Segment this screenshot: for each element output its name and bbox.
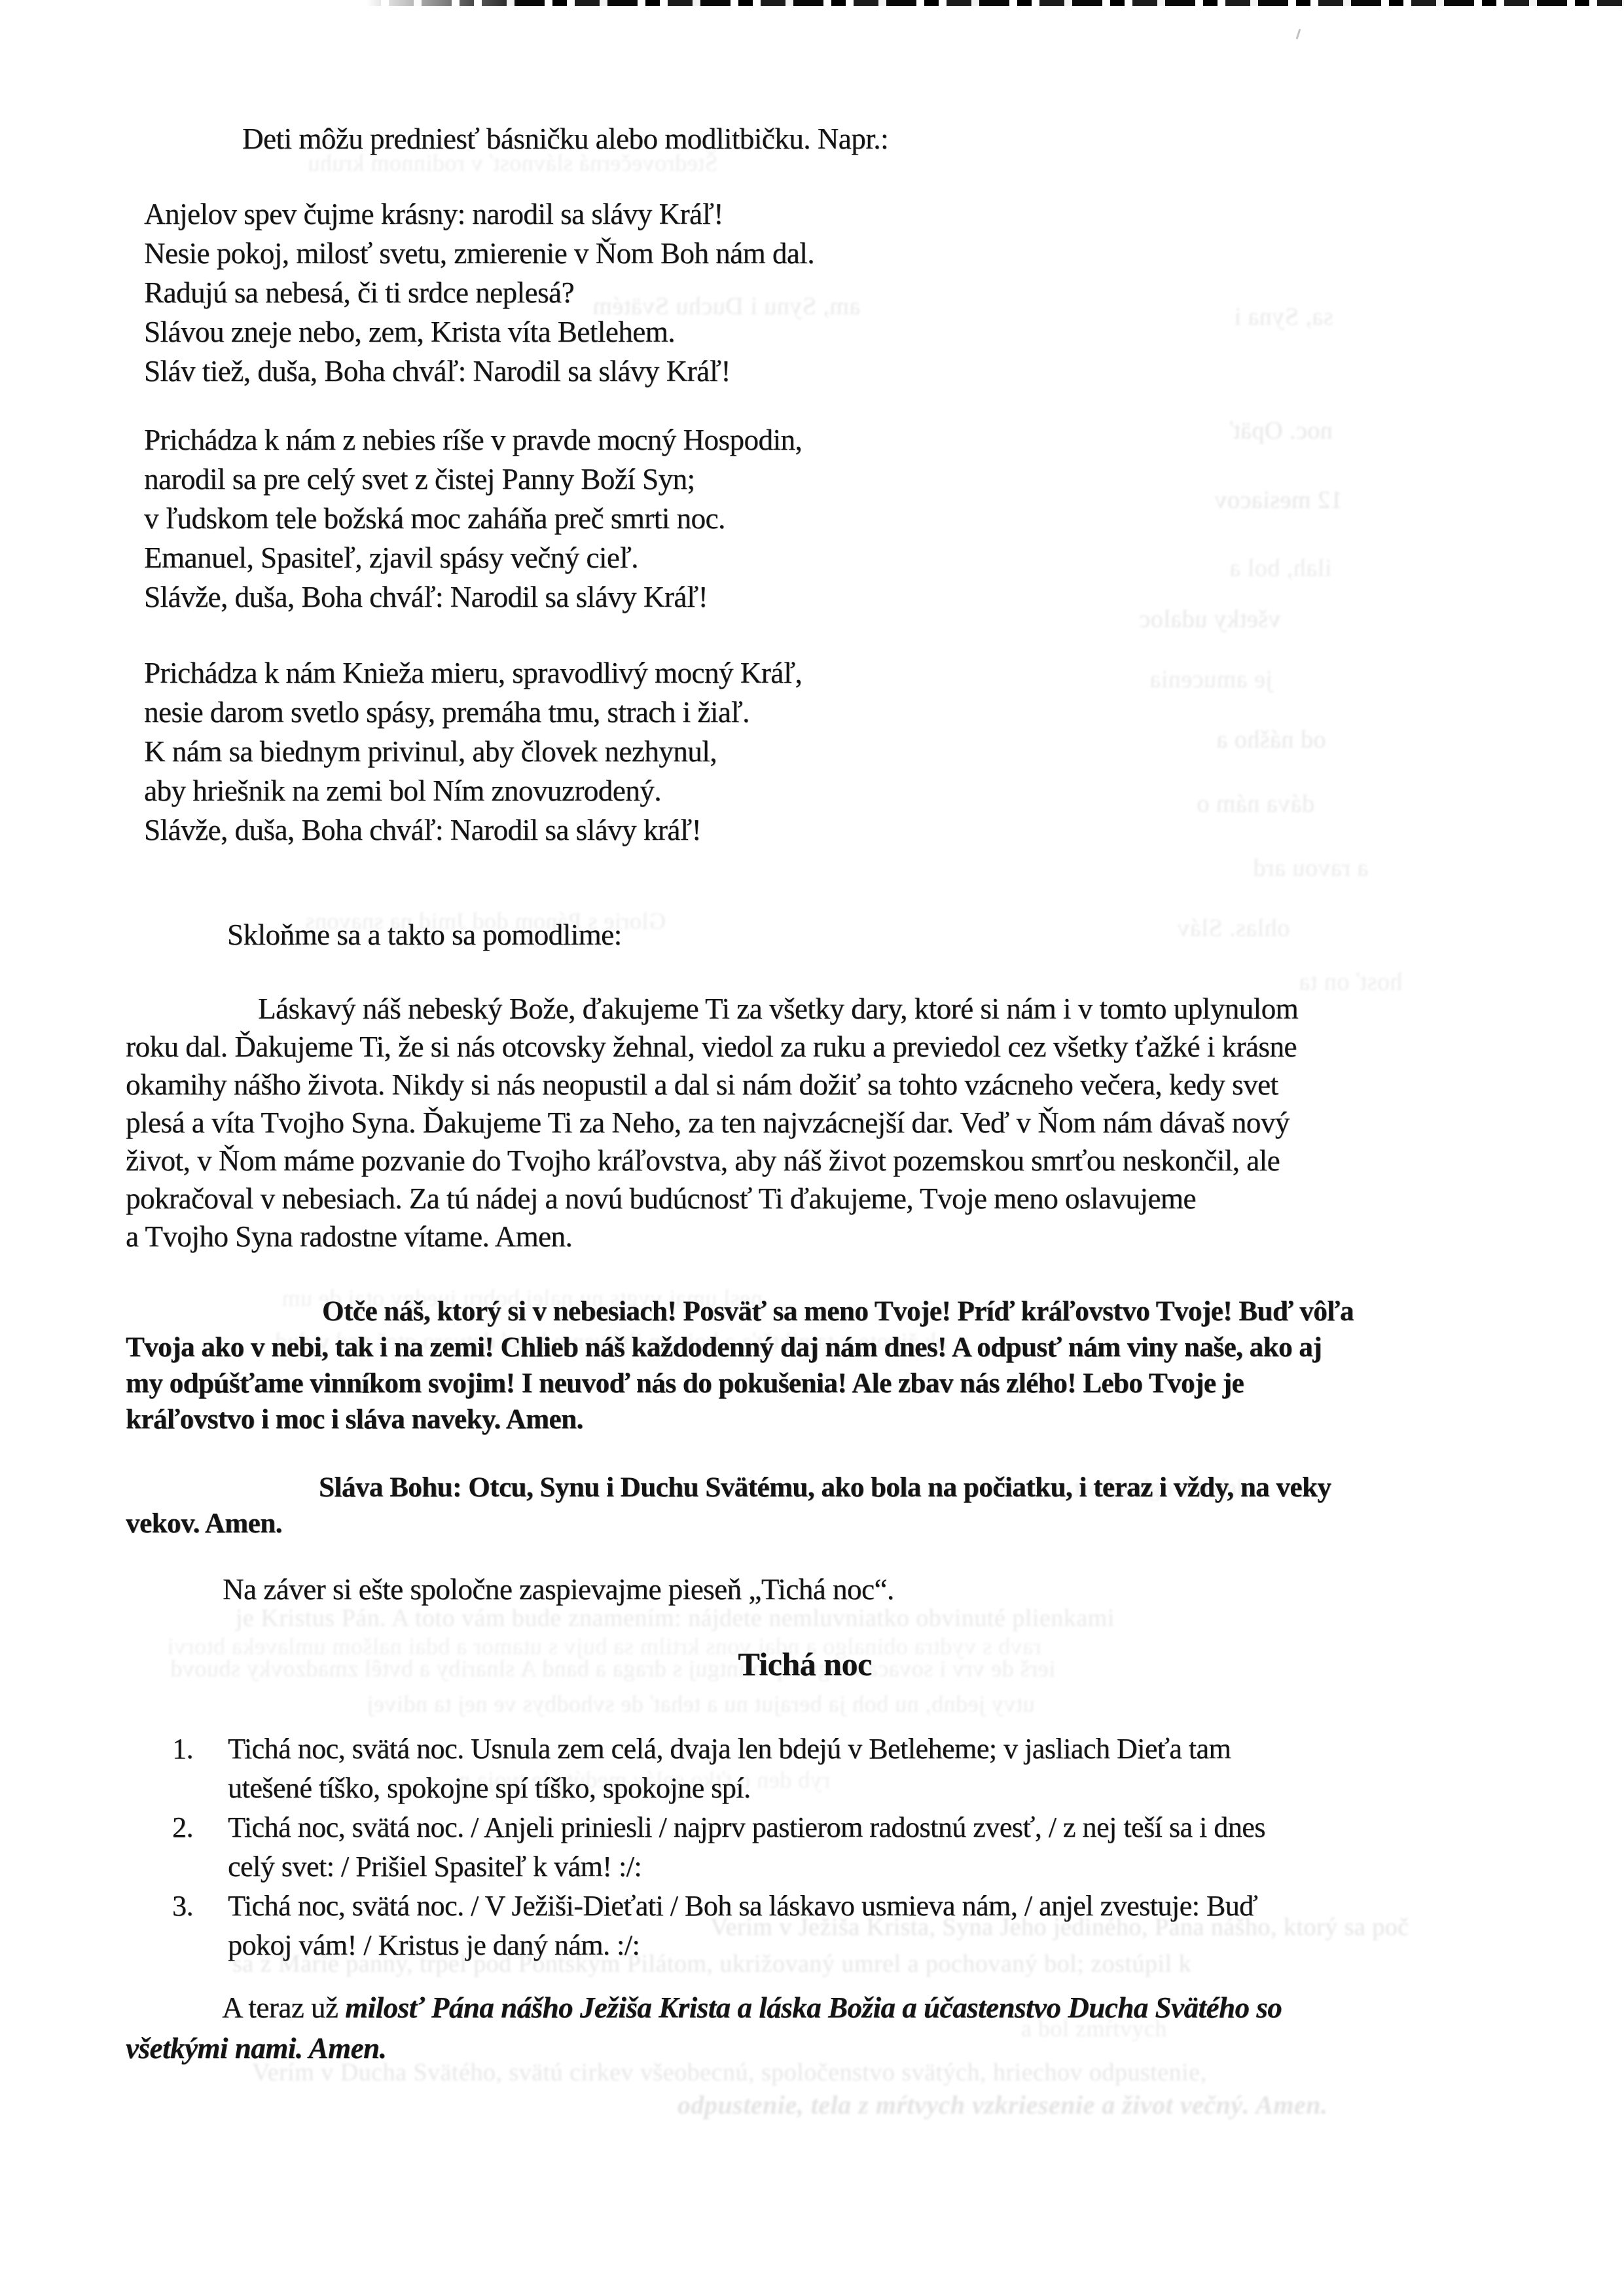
bleedthrough-text: noc. Opäť: [1229, 416, 1333, 445]
bleedthrough-text: všetky udaloc: [1139, 605, 1281, 634]
bleedthrough-text: dáva nám o: [1197, 789, 1314, 818]
bleedthrough-text: je amucenia: [1149, 665, 1272, 694]
poem-stanza-1: Anjelov spev čujme krásny: narodil sa sl…: [144, 194, 814, 391]
verse-number: 2.: [172, 1808, 228, 1847]
verse-text: Tichá noc, svätá noc. Usnula zem celá, d…: [228, 1729, 1231, 1808]
poem-stanza-2: Prichádza k nám z nebies ríše v pravde m…: [144, 420, 802, 617]
thanksgiving-prayer: Láskavý náš nebeský Bože, ďakujeme Ti za…: [126, 990, 1298, 1256]
gloria-patri: Sláva Bohu: Otcu, Synu i Duchu Svätému, …: [126, 1470, 1331, 1542]
bleedthrough-text: 12 mesiacov: [1214, 486, 1343, 515]
bleedthrough-text: od nášho a: [1216, 725, 1326, 754]
song-intro-line: Na záver si ešte spoločne zaspievajme pi…: [223, 1570, 894, 1609]
bleedthrough-text: ohlas. Sláv: [1177, 914, 1290, 943]
verse-text: Tichá noc, svätá noc. / Anjeli priniesli…: [228, 1808, 1265, 1887]
poem-stanza-3: Prichádza k nám Knieža mieru, spravodliv…: [144, 653, 802, 850]
song-verse-1: 1. Tichá noc, svätá noc. Usnula zem celá…: [172, 1729, 1265, 1808]
song-verse-list: 1. Tichá noc, svätá noc. Usnula zem celá…: [172, 1729, 1265, 1965]
song-title: Tichá noc: [126, 1644, 1484, 1684]
bleedthrough-text: utvy jednb, nu boh ja berajut nu a tehať…: [367, 1690, 1035, 1718]
bleedthrough-text: sa, Syna i: [1234, 302, 1333, 331]
verse-number: 3.: [172, 1887, 228, 1926]
verse-number: 1.: [172, 1729, 228, 1769]
bleedthrough-text: ilah, bol a: [1229, 554, 1331, 583]
call-to-prayer-line: Skloňme sa a takto sa pomodlime:: [227, 915, 622, 954]
song-verse-2: 2. Tichá noc, svätá noc. / Anjeli prinie…: [172, 1808, 1265, 1887]
closing-prefix: A teraz už: [222, 1991, 345, 2024]
scanned-document-page: Štedrovečerná slávnosť v rodinnom kruhua…: [0, 0, 1624, 2295]
song-verse-3: 3. Tichá noc, svätá noc. / V Ježiši-Dieť…: [172, 1887, 1265, 1965]
intro-line: Deti môžu predniesť básničku alebo modli…: [242, 119, 888, 158]
verse-text: Tichá noc, svätá noc. / V Ježiši-Dieťati…: [228, 1887, 1257, 1965]
bleedthrough-text: a ravou ard: [1253, 854, 1368, 882]
closing-benediction: A teraz už milosť Pána nášho Ježiša Kris…: [126, 1987, 1282, 2069]
bleedthrough-text: hosť on ta: [1299, 967, 1402, 996]
lords-prayer: Otče náš, ktorý si v nebesiach! Posväť s…: [126, 1293, 1354, 1437]
bleedthrough-text: odpustenie, tela z mŕtvych vzkriesenie a…: [677, 2089, 1327, 2120]
